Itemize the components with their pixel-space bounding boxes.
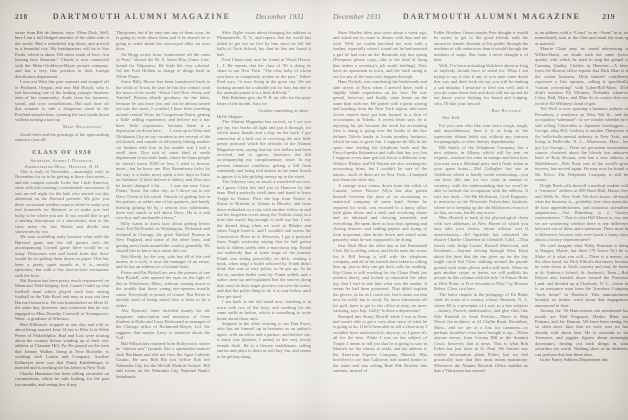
paragraph: Ted Wolf is now sporting a business addr… bbox=[535, 106, 628, 182]
paragraph: Porter and Pat Bickell are now the paren… bbox=[116, 270, 210, 308]
paragraph: wrote from Rio de Janeiro, says: “Dear D… bbox=[15, 30, 109, 79]
paragraph: Bob Buttimer gets the B. B. air rifle fo… bbox=[217, 95, 311, 106]
paragraph: Bob Booth, by the way, who has all of th… bbox=[116, 254, 210, 270]
issue-date: December 1931 bbox=[333, 13, 381, 21]
paragraph: We can't imagine what Wally Pearman is d… bbox=[535, 243, 628, 308]
paragraph: I was out West this past summer and stop… bbox=[15, 79, 109, 123]
paragraph: Buzz Morley blew into town about a week … bbox=[333, 30, 427, 79]
text-column: Thirtyones, but if he runs into any of t… bbox=[116, 30, 210, 414]
paragraph: This is early in November—amazingly earl… bbox=[15, 169, 109, 234]
paragraph: Bill Smith, of the Telephone Company, ha… bbox=[434, 145, 528, 216]
letter-location: New York. bbox=[434, 115, 528, 120]
magazine-page-right: December 1931 DARTMOUTH ALUMNI MAGAZINE … bbox=[314, 0, 628, 420]
paragraph: Fuller Brushes. Guess maybe Pete thought… bbox=[434, 30, 528, 63]
paragraph: Billy wants to know how about getting le… bbox=[116, 221, 210, 254]
magazine-page-left: 218 DARTMOUTH ALUMNI MAGAZINE December 1… bbox=[0, 0, 314, 420]
paragraph: Bill Wilson has returned from Hollywood,… bbox=[116, 341, 210, 379]
paragraph: Bud Killmeyer stopped in one day and tol… bbox=[15, 322, 109, 371]
paragraph: Maurie Chait may be found advertising in… bbox=[535, 46, 628, 106]
text-column: Buzz Morley blew into town about a week … bbox=[333, 30, 427, 414]
paragraph: Charlie Humiston has been selling securi… bbox=[15, 371, 109, 387]
magazine-title: DARTMOUTH ALUMNI MAGAZINE bbox=[403, 12, 581, 21]
paragraph: Dolph Bush calls himself a medical stude… bbox=[535, 183, 628, 243]
paragraph: We start scribbling early because what w… bbox=[15, 234, 109, 278]
text-column: Slice Zigler writes about changing his a… bbox=[217, 30, 311, 414]
paragraph: Ham Nichols was wandering the boulevards… bbox=[333, 79, 427, 183]
paragraph: Since Billy Moore has been transferred b… bbox=[116, 79, 210, 221]
page-number: 218 bbox=[15, 12, 28, 21]
magazine-title: DARTMOUTH ALUMNI MAGAZINE bbox=[53, 12, 231, 21]
paragraph: Well, I've been unloading blah here abou… bbox=[434, 63, 528, 107]
signature: Marv Brackenway bbox=[15, 124, 109, 129]
paragraph: Good cheer and the greetings of the appr… bbox=[15, 132, 109, 143]
page-number: 219 bbox=[602, 12, 615, 21]
text-column: wrote from Rio de Janeiro, says: “Dear D… bbox=[15, 30, 109, 414]
paragraph: The Odyssey was, as usual, a wonderful s… bbox=[217, 179, 311, 299]
issue-date: December 1931 bbox=[256, 13, 304, 21]
paragraph: Thirtyones, but if he runs into any of t… bbox=[116, 30, 210, 52]
paragraph: Slice Zigler writes about changing his a… bbox=[217, 30, 311, 57]
text-columns: Buzz Morley blew into town about a week … bbox=[333, 30, 628, 414]
page-header: December 1931 DARTMOUTH ALUMNI MAGAZINE … bbox=[314, 12, 628, 21]
paragraph: I am back at the old stand now, batching… bbox=[217, 299, 311, 321]
page-header: 218 DARTMOUTH ALUMNI MAGAZINE December 1… bbox=[0, 12, 314, 21]
text-column: Fuller Brushes. Guess maybe Pete thought… bbox=[434, 30, 528, 414]
paragraph: Max Horwitt is back at his physiological… bbox=[434, 215, 528, 291]
paragraph: Saw Dick Blun the other day at the Dartm… bbox=[333, 243, 427, 314]
signature: Bob Buttimer bbox=[434, 108, 528, 113]
magazine-spread: 218 DARTMOUTH ALUMNI MAGAZINE December 1… bbox=[0, 0, 628, 420]
paragraph: Hal Booma has been pretty much sequester… bbox=[15, 278, 109, 322]
paragraph: to an address with a “Court” or an “Arms… bbox=[535, 30, 628, 46]
paragraph: Bumped into Rusty Morrill while I was in… bbox=[333, 314, 427, 374]
paragraph: Fred Chase may now be found in Wood Have… bbox=[217, 57, 311, 95]
paragraph: The latest chapter in the pedagogy of El… bbox=[434, 292, 528, 374]
paragraph: Ad Hogg writes from “somewhere off the c… bbox=[116, 52, 210, 79]
paragraph: The Alumni Magazine has arrived, so I se… bbox=[217, 119, 311, 179]
text-column: to an address with a “Court” or an “Arms… bbox=[535, 30, 628, 414]
section-heading: CLASS OF 1930 bbox=[15, 149, 109, 156]
paragraph: For you men who like your news rough, to… bbox=[434, 123, 528, 145]
paragraph: Stopped in the other evening to see Dan … bbox=[217, 321, 311, 359]
paragraph: In the Fancy Address Department this bbox=[535, 357, 628, 362]
text-columns: wrote from Rio de Janeiro, says: “Dear D… bbox=[15, 30, 311, 414]
paragraph: A strange story comes down from the wild… bbox=[333, 183, 427, 243]
paragraph: Abe Epstein's letter included money for … bbox=[116, 308, 210, 341]
paragraph: Among the '30 Hanoverians not mentioned … bbox=[535, 308, 628, 357]
